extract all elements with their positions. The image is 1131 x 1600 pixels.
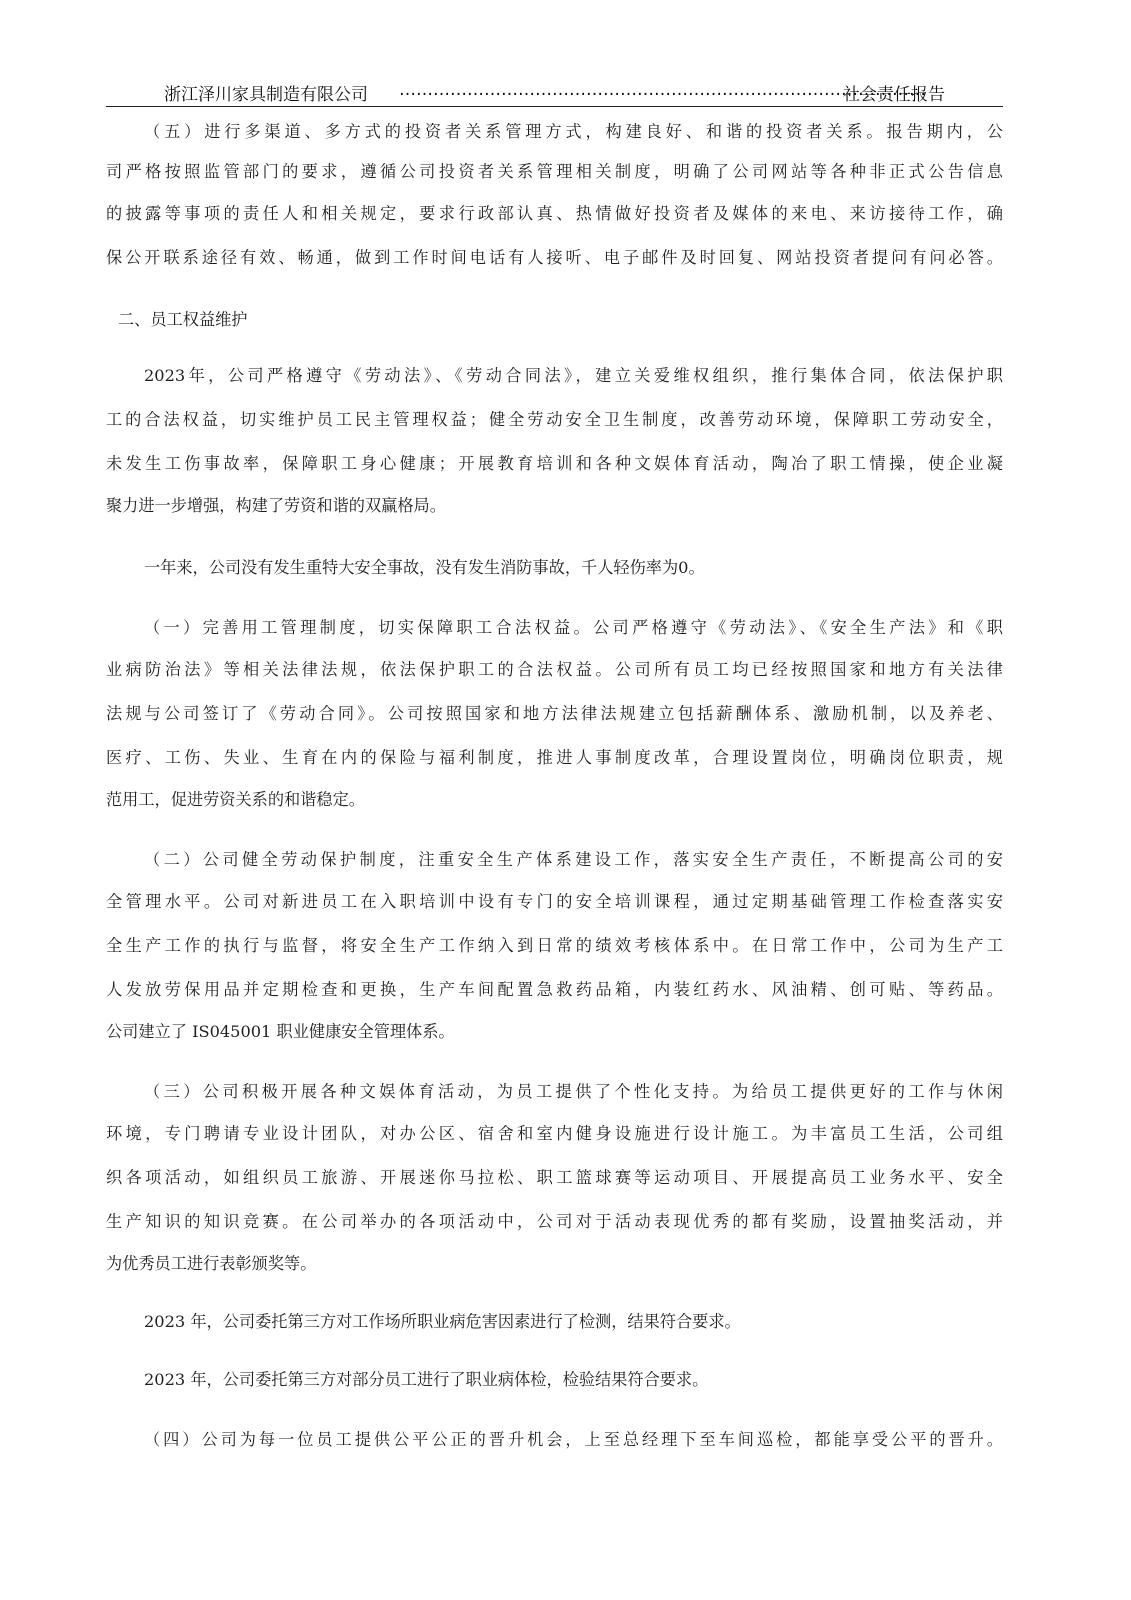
running-header: 浙江泽川家具制造有限公司 ………………………………………………………………………… — [106, 78, 1003, 107]
paragraph-line: 2023 年，公司委托第三方对工作场所职业病危害因素进行了检测，结果符合要求。 — [106, 1310, 741, 1334]
paragraph-line: （五）进行多渠道、多方式的投资者关系管理方式，构建良好、和谐的投资者关系。报告期… — [106, 120, 1003, 144]
paragraph-line: 2023 年，公司委托第三方对部分员工进行了职业病体检，检验结果符合要求。 — [106, 1368, 708, 1392]
paragraph-line: 织各项活动，如组织员工旅游、开展迷你马拉松、职工篮球赛等运动项目、开展提高员工业… — [106, 1166, 1003, 1190]
document-page: 浙江泽川家具制造有限公司 ………………………………………………………………………… — [0, 0, 1131, 1600]
paragraph-line: 全管理水平。公司对新进员工在入职培训中设有专门的安全培训课程，通过定期基础管理工… — [106, 890, 1003, 914]
paragraph-line: 司严格按照监管部门的要求，遵循公司投资者关系管理相关制度，明确了公司网站等各种非… — [106, 160, 1003, 184]
paragraph-line: 未发生工伤事故率，保障职工身心健康；开展教育培训和各种文娱体育活动，陶冶了职工情… — [106, 452, 1003, 476]
paragraph-line: 工的合法权益，切实维护员工民主管理权益；健全劳动安全卫生制度，改善劳动环境，保障… — [106, 408, 1003, 432]
paragraph-line: 生产知识的知识竞赛。在公司举办的各项活动中，公司对于活动表现优秀的都有奖励，设置… — [106, 1210, 1003, 1234]
paragraph-line: 医疗、工伤、失业、生育在内的保险与福利制度，推进人事制度改革，合理设置岗位，明确… — [106, 746, 1003, 770]
paragraph-line: 环境，专门聘请专业设计团队，对办公区、宿舍和室内健身设施进行设计施工。为丰富员工… — [106, 1122, 1003, 1146]
paragraph-line: 公司建立了 IS045001 职业健康安全管理体系。 — [106, 1020, 455, 1044]
section-heading: 二、员工权益维护 — [118, 308, 248, 332]
paragraph-line: 聚力进一步增强，构建了劳资和谐的双赢格局。 — [106, 494, 446, 518]
paragraph-line: （三）公司积极开展各种文娱体育活动，为员工提供了个性化支持。为给员工提供更好的工… — [106, 1080, 1003, 1104]
paragraph-line: 人发放劳保用品并定期检查和更换，生产车间配置急救药品箱，内装红药水、风油精、创可… — [106, 978, 1003, 1002]
paragraph-line: 范用工，促进劳资关系的和谐稳定。 — [106, 788, 365, 812]
paragraph-line: （一）完善用工管理制度，切实保障职工合法权益。公司严格遵守《劳动法》、《安全生产… — [106, 616, 1003, 640]
paragraph-line: 为优秀员工进行表彰颁奖等。 — [106, 1252, 316, 1276]
paragraph-line: 法规与公司签订了《劳动合同》。公司按照国家和地方法律法规建立包括薪酬体系、激励机… — [106, 702, 1003, 726]
header-report-title: 社会责任报告 — [843, 80, 945, 105]
paragraph-line: 业病防治法》等相关法律法规，依法保护职工的合法权益。公司所有员工均已经按照国家和… — [106, 658, 1003, 682]
paragraph-line: 全生产工作的执行与监督，将安全生产工作纳入到日常的绩效考核体系中。在日常工作中，… — [106, 934, 1003, 958]
paragraph-line: 保公开联系途径有效、畅通，做到工作时间电话有人接听、电子邮件及时回复、网站投资者… — [106, 246, 1003, 270]
paragraph-line: 2023年，公司严格遵守《劳动法》、《劳动合同法》，建立关爱维权组织，推行集体合… — [106, 364, 1003, 388]
paragraph-line: （二）公司健全劳动保护制度，注重安全生产体系建设工作，落实安全生产责任，不断提高… — [106, 848, 1003, 872]
paragraph-line: 一年来，公司没有发生重特大安全事故，没有发生消防事故，千人轻伤率为0。 — [106, 556, 705, 580]
paragraph-line: （四）公司为每一位员工提供公平公正的晋升机会，上至总经理下至车间巡检，都能享受公… — [106, 1428, 1003, 1452]
header-company-name: 浙江泽川家具制造有限公司 — [164, 80, 368, 105]
paragraph-line: 的披露等事项的责任人和相关规定，要求行政部认真、热情做好投资者及媒体的来电、来访… — [106, 202, 1003, 226]
